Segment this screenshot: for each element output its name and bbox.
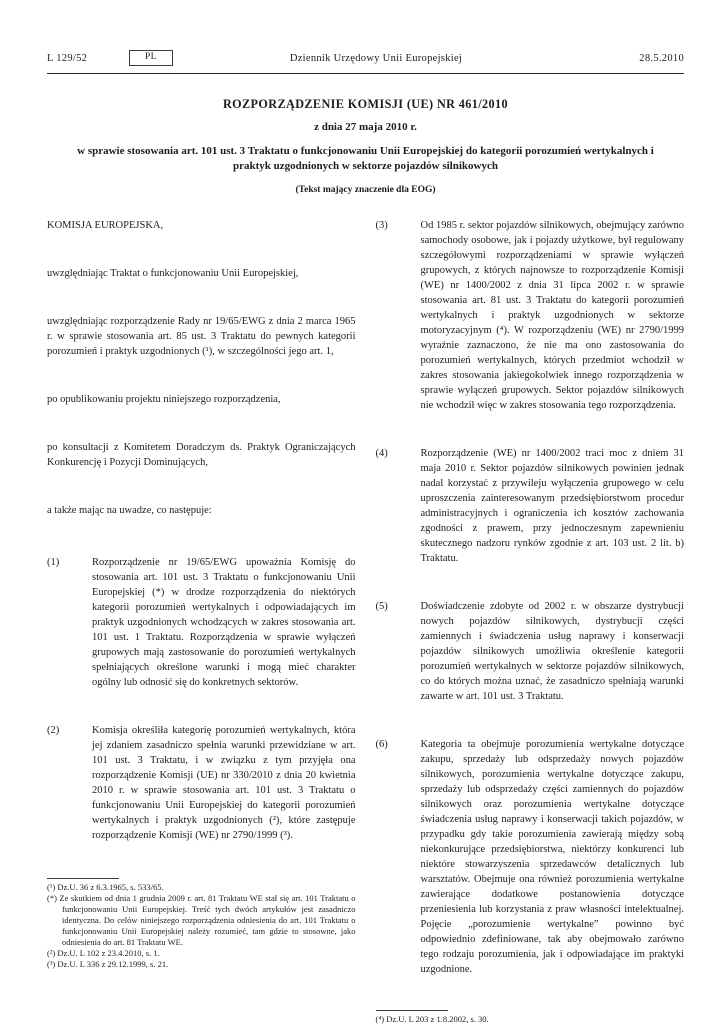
page-header: L 129/52 PL Dziennik Urzędowy Unii Europ… xyxy=(47,50,684,66)
preamble-paragraph: KOMISJA EUROPEJSKA, xyxy=(47,218,356,233)
recital-number: (3) xyxy=(376,218,421,413)
preamble-paragraph: po konsultacji z Komitetem Doradczym ds.… xyxy=(47,440,356,470)
preamble-paragraph: a także mając na uwadze, co następuje: xyxy=(47,503,356,518)
preamble: KOMISJA EUROPEJSKA,uwzględniając Traktat… xyxy=(47,218,356,555)
right-footnotes: (⁴) Dz.U. L 203 z 1.8.2002, s. 30. xyxy=(376,1010,685,1024)
recital-number: (4) xyxy=(376,446,421,566)
footnote: (*) Ze skutkiem od dnia 1 grudnia 2009 r… xyxy=(47,893,356,948)
language-badge: PL xyxy=(129,50,173,66)
footnote-rule xyxy=(376,1010,448,1011)
recital-number: (6) xyxy=(376,737,421,977)
recital-number: (5) xyxy=(376,599,421,704)
regulation-title: ROZPORZĄDZENIE KOMISJI (UE) NR 461/2010 xyxy=(47,97,684,112)
preamble-paragraph: uwzględniając rozporządzenie Rady nr 19/… xyxy=(47,314,356,359)
regulation-date: z dnia 27 maja 2010 r. xyxy=(47,121,684,133)
footnote: (¹) Dz.U. 36 z 6.3.1965, s. 533/65. xyxy=(47,882,356,893)
regulation-subject: w sprawie stosowania art. 101 ust. 3 Tra… xyxy=(76,144,656,174)
two-column-body: KOMISJA EUROPEJSKA,uwzględniając Traktat… xyxy=(47,218,684,970)
right-column: (3)Od 1985 r. sektor pojazdów silnikowyc… xyxy=(376,218,685,970)
preamble-paragraph: uwzględniając Traktat o funkcjonowaniu U… xyxy=(47,266,356,281)
footnote: (⁴) Dz.U. L 203 z 1.8.2002, s. 30. xyxy=(376,1014,685,1024)
recital: (3)Od 1985 r. sektor pojazdów silnikowyc… xyxy=(376,218,685,413)
recital: (4)Rozporządzenie (WE) nr 1400/2002 trac… xyxy=(376,446,685,566)
eea-relevance-note: (Tekst mający znaczenie dla EOG) xyxy=(47,185,684,195)
left-recitals: (1)Rozporządzenie nr 19/65/EWG upoważnia… xyxy=(47,555,356,876)
recital-number: (2) xyxy=(47,723,92,843)
journal-page: L 129/52 PL Dziennik Urzędowy Unii Europ… xyxy=(0,0,725,1024)
preamble-paragraph: po opublikowaniu projektu niniejszego ro… xyxy=(47,392,356,407)
recital-text: Komisja określiła kategorię porozumień w… xyxy=(92,723,356,843)
journal-title: Dziennik Urzędowy Unii Europejskiej xyxy=(173,53,640,64)
recital-text: Doświadczenie zdobyte od 2002 r. w obsza… xyxy=(421,599,685,704)
recital: (1)Rozporządzenie nr 19/65/EWG upoważnia… xyxy=(47,555,356,690)
page-reference: L 129/52 xyxy=(47,53,127,64)
recital: (6)Kategoria ta obejmuje porozumienia we… xyxy=(376,737,685,977)
right-recitals: (3)Od 1985 r. sektor pojazdów silnikowyc… xyxy=(376,218,685,1010)
left-column: KOMISJA EUROPEJSKA,uwzględniając Traktat… xyxy=(47,218,356,970)
recital-number: (1) xyxy=(47,555,92,690)
recital: (2)Komisja określiła kategorię porozumie… xyxy=(47,723,356,843)
recital-text: Kategoria ta obejmuje porozumienia werty… xyxy=(421,737,685,977)
recital-text: Rozporządzenie nr 19/65/EWG upoważnia Ko… xyxy=(92,555,356,690)
footnote: (³) Dz.U. L 336 z 29.12.1999, s. 21. xyxy=(47,959,356,970)
left-footnotes: (¹) Dz.U. 36 z 6.3.1965, s. 533/65.(*) Z… xyxy=(47,878,356,970)
header-date: 28.5.2010 xyxy=(639,53,684,64)
recital: (5)Doświadczenie zdobyte od 2002 r. w ob… xyxy=(376,599,685,704)
footnote: (²) Dz.U. L 102 z 23.4.2010, s. 1. xyxy=(47,948,356,959)
title-block: ROZPORZĄDZENIE KOMISJI (UE) NR 461/2010 … xyxy=(47,97,684,195)
footnote-rule xyxy=(47,878,119,879)
recital-text: Rozporządzenie (WE) nr 1400/2002 traci m… xyxy=(421,446,685,566)
header-rule xyxy=(47,73,684,74)
recital-text: Od 1985 r. sektor pojazdów silnikowych, … xyxy=(421,218,685,413)
